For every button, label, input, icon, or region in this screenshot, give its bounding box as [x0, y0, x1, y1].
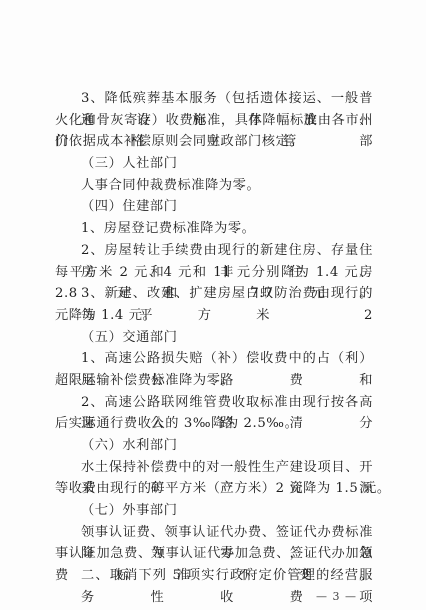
section-heading-transport-dept: （五）交通部门	[55, 327, 373, 349]
document-body: 3、降低殡葬基本服务（包括遗体接运、一般普通设施存放、 火化和骨灰寄存）收费标准…	[55, 88, 373, 587]
paragraph-line-termite-fee-1: 3、新建、改建、扩建房屋白蚁防治费由现行的每平方米 2	[55, 283, 373, 305]
paragraph-line-soil-conservation-2: 等收费由现行的每平方米（立方米）2 元降为 1.5 元。	[55, 478, 373, 500]
paragraph-line-arbitration-fee: 人事合同仲裁费标准降为零。	[55, 175, 373, 197]
section-heading-water-dept: （六）水利部门	[55, 435, 373, 457]
paragraph-line-highway-network-fee-1: 2、高速公路联网维管费收取标准由现行按各高速公路清分	[55, 392, 373, 414]
paragraph-line-soil-conservation-1: 水土保持补偿费中的对一般性生产建设项目、开采矿产资源	[55, 457, 373, 479]
section-heading-housing-dept: （四）住建部门	[55, 196, 373, 218]
paragraph-line-funeral-services-2: 火化和骨灰寄存）收费标准，具体降幅标准由各市州价格主管部	[55, 110, 373, 132]
paragraph-line-registration-fee: 1、房屋登记费标准降为零。	[55, 218, 373, 240]
section-heading-foreign-affairs-dept: （七）外事部门	[55, 500, 373, 522]
paragraph-line-consular-fee-2: 事认证加急费、领事认证代办加急费、签证代办加急费标准不变。	[55, 543, 373, 565]
paragraph-line-transfer-fee-2: 每平方米 2 元、4 元和 11 元分别降为 1.4 元、2.8 元和 7.7 …	[55, 262, 373, 284]
paragraph-line-highway-compensation-1: 1、高速公路损失赔（补）偿收费中的占（利）用公路费和	[55, 348, 373, 370]
section-heading-hr-dept: （三）人社部门	[55, 153, 373, 175]
paragraph-line-cancel-fees: 二、取消下列 5 项实行政府定价管理的经营服务性收费项	[55, 565, 373, 587]
paragraph-line-consular-fee-1: 领事认证费、领事认证代办费、签证代办费标准降为零，领	[55, 522, 373, 544]
paragraph-line-funeral-services-1: 3、降低殡葬基本服务（包括遗体接运、一般普通设施存放、	[55, 88, 373, 110]
document-page: 3、降低殡葬基本服务（包括遗体接运、一般普通设施存放、 火化和骨灰寄存）收费标准…	[0, 0, 426, 610]
paragraph-line-transfer-fee-1: 2、房屋转让手续费由现行的新建住房、存量住房和非住房	[55, 240, 373, 262]
page-number: — 3 —	[316, 590, 357, 603]
